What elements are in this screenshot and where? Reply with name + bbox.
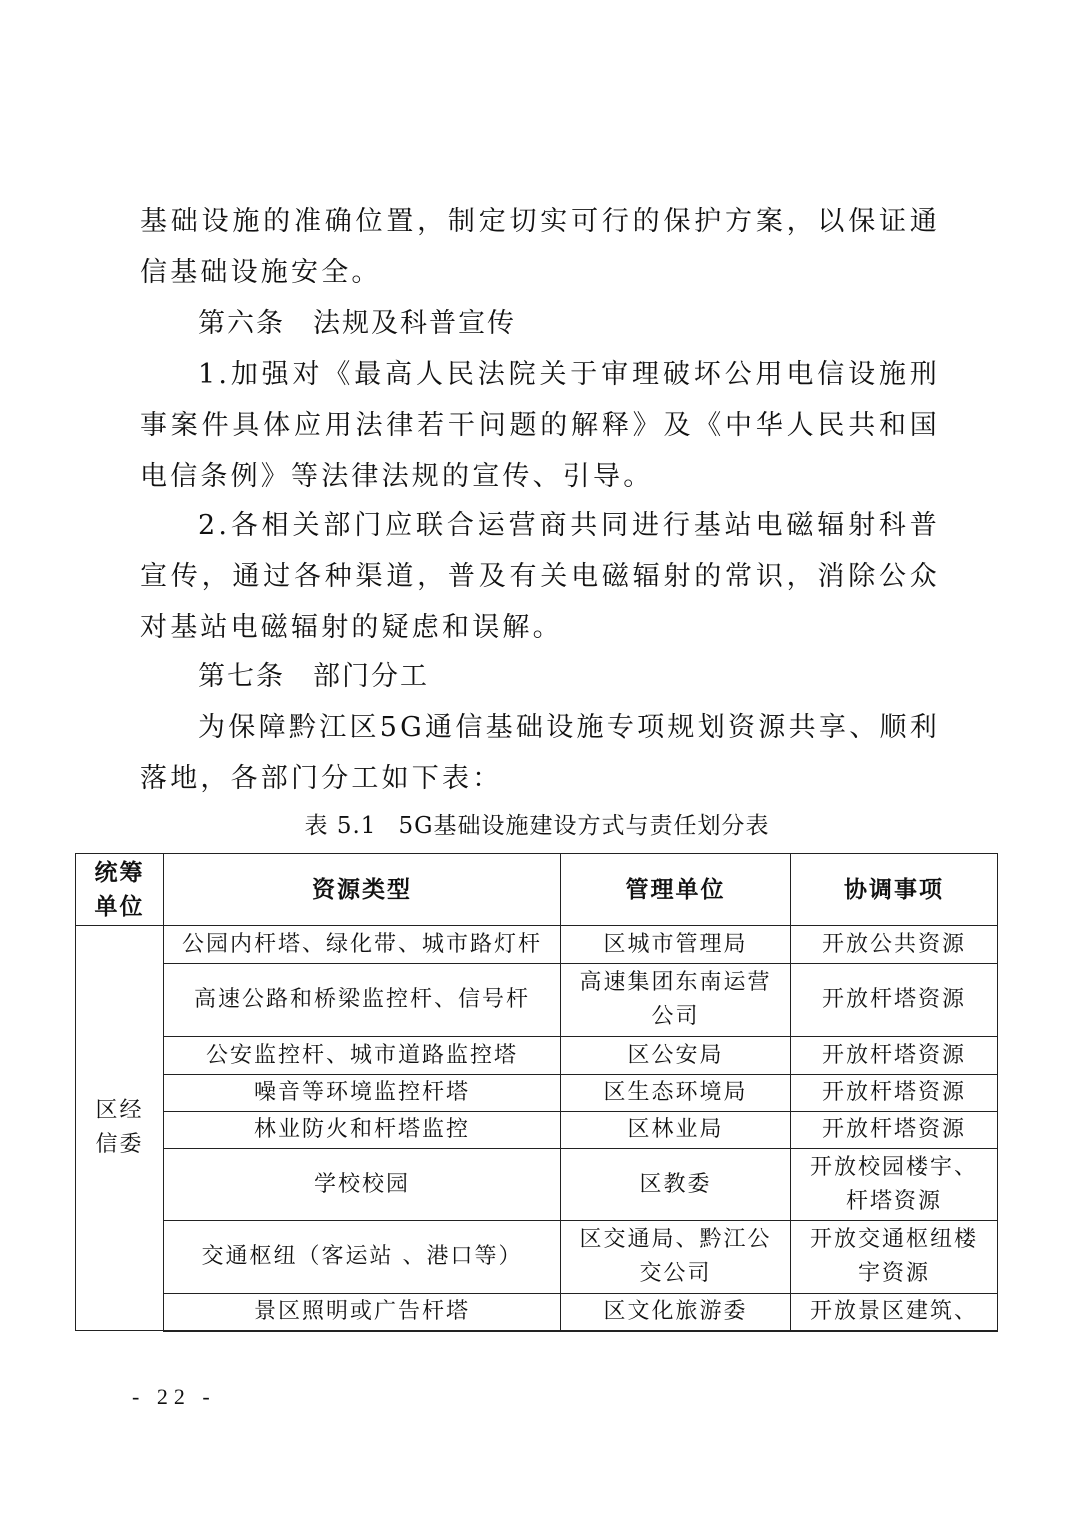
article6-number: 第六条 [198, 308, 285, 339]
article7-number: 第七条 [198, 661, 285, 692]
manager-cell: 区生态环境局 [561, 1075, 791, 1112]
article6-heading: 第六条法规及科普宣传 [198, 298, 516, 349]
action-cell: 开放杆塔资源 [791, 964, 998, 1037]
resource-cell: 高速公路和桥梁监控杆、信号杆 [164, 964, 561, 1037]
action-cell: 开放公共资源 [791, 926, 998, 964]
manager-cell: 区城市管理局 [561, 926, 791, 964]
table-caption-title: 5G基础设施建设方式与责任划分表 [398, 813, 769, 839]
header-resource-type: 资源类型 [164, 854, 561, 926]
table-caption: 表 5.15G基础设施建设方式与责任划分表 [0, 808, 1074, 844]
action-cell: 开放交通枢纽楼宇资源 [791, 1221, 998, 1294]
responsibility-table: 统筹单位 资源类型 管理单位 协调事项 区经信委 公园内杆塔、绿化带、城市路灯杆… [75, 853, 998, 1332]
manager-cell: 区教委 [561, 1149, 791, 1221]
table-row: 区经信委 公园内杆塔、绿化带、城市路灯杆 区城市管理局 开放公共资源 [76, 926, 998, 964]
paragraph-continued: 基础设施的准确位置，制定切实可行的保护方案，以保证通信基础设施安全。 [140, 196, 940, 298]
action-cell: 开放杆塔资源 [791, 1037, 998, 1075]
manager-cell: 区公安局 [561, 1037, 791, 1075]
paragraph-article6-item2: 2.各相关部门应联合运营商共同进行基站电磁辐射科普宣传，通过各种渠道，普及有关电… [140, 500, 940, 653]
article6-title: 法规及科普宣传 [313, 308, 516, 339]
manager-cell: 区文化旅游委 [561, 1294, 791, 1331]
paragraph-article6-item1: 1.加强对《最高人民法院关于审理破坏公用电信设施刑事案件具体应用法律若干问题的解… [140, 349, 940, 502]
table-header-row: 统筹单位 资源类型 管理单位 协调事项 [76, 854, 998, 926]
table-row: 噪音等环境监控杆塔 区生态环境局 开放杆塔资源 [76, 1075, 998, 1112]
action-cell: 开放杆塔资源 [791, 1112, 998, 1149]
table-row: 林业防火和杆塔监控 区林业局 开放杆塔资源 [76, 1112, 998, 1149]
action-cell: 开放景区建筑、 [791, 1294, 998, 1331]
article7-title: 部门分工 [313, 661, 429, 692]
resource-cell: 公安监控杆、城市道路监控塔 [164, 1037, 561, 1075]
resource-cell: 学校校园 [164, 1149, 561, 1221]
resource-cell: 景区照明或广告杆塔 [164, 1294, 561, 1331]
action-cell: 开放杆塔资源 [791, 1075, 998, 1112]
action-cell: 开放校园楼宇、杆塔资源 [791, 1149, 998, 1221]
page-number: - 22 - [132, 1384, 216, 1410]
resource-cell: 林业防火和杆塔监控 [164, 1112, 561, 1149]
table-row: 公安监控杆、城市道路监控塔 区公安局 开放杆塔资源 [76, 1037, 998, 1075]
manager-cell: 区林业局 [561, 1112, 791, 1149]
table-row: 景区照明或广告杆塔 区文化旅游委 开放景区建筑、 [76, 1294, 998, 1331]
table-row: 学校校园 区教委 开放校园楼宇、杆塔资源 [76, 1149, 998, 1221]
resource-cell: 交通枢纽（客运站 、港口等） [164, 1221, 561, 1294]
table-row: 高速公路和桥梁监控杆、信号杆 高速集团东南运营公司 开放杆塔资源 [76, 964, 998, 1037]
manager-cell: 高速集团东南运营公司 [561, 964, 791, 1037]
header-action: 协调事项 [791, 854, 998, 926]
resource-cell: 公园内杆塔、绿化带、城市路灯杆 [164, 926, 561, 964]
manager-cell: 区交通局、黔江公交公司 [561, 1221, 791, 1294]
table-caption-number: 表 5.1 [305, 813, 377, 839]
paragraph-article7-intro: 为保障黔江区5G通信基础设施专项规划资源共享、顺利落地，各部门分工如下表： [140, 702, 940, 804]
header-coordinator: 统筹单位 [76, 854, 164, 926]
resource-cell: 噪音等环境监控杆塔 [164, 1075, 561, 1112]
header-manager: 管理单位 [561, 854, 791, 926]
article7-heading: 第七条部门分工 [198, 651, 429, 702]
coordinator-cell: 区经信委 [76, 926, 164, 1331]
table-row: 交通枢纽（客运站 、港口等） 区交通局、黔江公交公司 开放交通枢纽楼宇资源 [76, 1221, 998, 1294]
